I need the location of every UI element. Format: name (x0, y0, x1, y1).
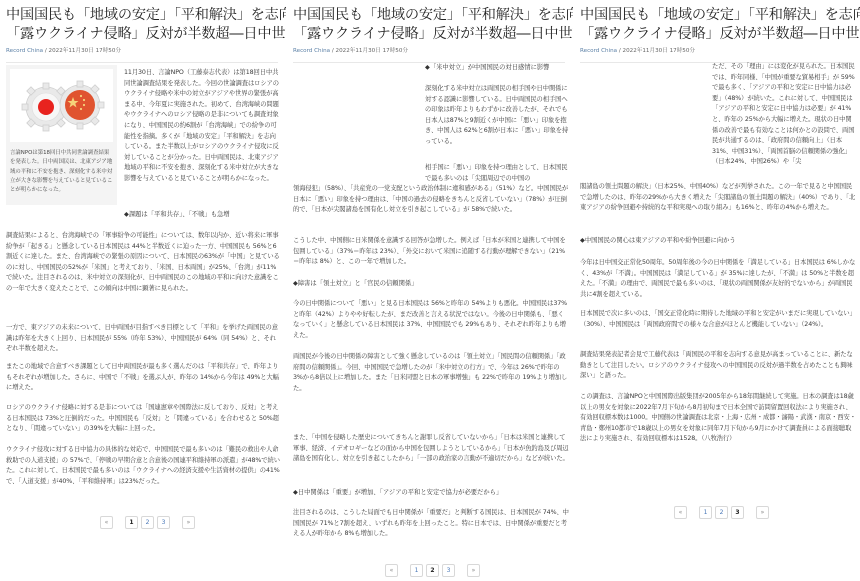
pagination-page-1[interactable]: 1 (699, 506, 712, 519)
body-paragraph: こうした中、中国側に日米関係を意識する回答が急増した。例えば「日本が米国と連携し… (293, 236, 569, 268)
body-paragraph: 調査結果発表記者会見で工藤代表は「両国民の平和を志向する意見が高まっていることに… (580, 350, 856, 382)
publish-date: / 2022年11月30日 17時50分 (43, 48, 121, 54)
article-figure: 言論NPOは第18回日中共同世論調査結果を発表した。日中両国民は、北東アジア地域… (6, 65, 117, 205)
pagination-page-3[interactable]: 3 (731, 506, 744, 519)
china-flag-icon (65, 90, 95, 120)
pagination-page-3[interactable]: 3 (157, 516, 170, 529)
body-paragraph: 相手国に「悪い」印象を持つ理由として、日本国民で最も多いのは「尖閣周辺での中国の (425, 163, 570, 184)
pagination-prev-button[interactable]: « (385, 564, 398, 577)
lead-paragraph: 11月30日、言論NPO（工藤泰志代表）は第18回日中共同世論調査結果を発表した… (124, 68, 281, 185)
article-title-line-2: 「露ウクライナ侵略」反対が半数超―日中世論調査 (580, 25, 854, 44)
section-heading: ◆課題は「平和共存」、「不戦」も急増 (124, 210, 281, 220)
publish-date: / 2022年11月30日 17時50分 (617, 48, 695, 54)
pagination-page-2[interactable]: 2 (141, 516, 154, 529)
pagination-prev-button[interactable]: « (674, 506, 687, 519)
body-paragraph: 深刻化する米中対立は両国民の相手国や日中関係に対する認識に影響している。日中両国… (425, 84, 570, 148)
section-heading: ◆日中関係は「重要」が増加、「アジアの平和と安定で協力が必要だから」 (293, 488, 569, 498)
article-meta: Record China / 2022年11月30日 17時50分 (580, 47, 854, 55)
source-link[interactable]: Record China (580, 48, 617, 54)
body-paragraph: 両国民が今後の日中関係の障害として強く懸念しているのは「領土対立」「国民間の信頼… (293, 352, 569, 394)
body-paragraph: また、「中国を侵略した歴史についてきちんと謝罪し反省していないから」「日本は米国… (293, 433, 569, 465)
pagination-next-button[interactable]: » (182, 516, 195, 529)
body-paragraph: またこの地域で合意すべき課題として日中両国民が最も多く選んだのは「平和共存」で、… (6, 362, 280, 394)
body-paragraph: ただ、その「理由」には変化が見られた。日本国民では、昨年同様、「中国が重要な貿易… (712, 62, 857, 168)
article-title-line-2: 「露ウクライナ侵略」反対が半数超―日中世論調査 (6, 25, 280, 44)
pagination-page-1[interactable]: 1 (410, 564, 423, 577)
body-paragraph: ロシアのウクライナ侵略に対する是非については「国連憲章や国際法に反しており、反対… (6, 403, 280, 435)
pagination-page-1[interactable]: 1 (125, 516, 138, 529)
body-paragraph: 領海侵犯」（58%）、「共産党の一党支配という政治体制に違和感がある」（51%）… (293, 184, 569, 216)
article-meta: Record China / 2022年11月30日 17時50分 (293, 47, 567, 55)
body-paragraph: 注目されるのは、こうした局面でも日中関係が「重要だ」と判断する国民は、日本国民が… (293, 508, 569, 540)
body-paragraph: 今年は日中国交正常化50周年。50周年後の今の日中関係を「満足している」日本国民… (580, 258, 856, 300)
body-paragraph: 今の日中関係について「悪い」と見る日本国民は 56%と昨年の 54%よりも悪化。… (293, 299, 569, 341)
publish-date: / 2022年11月30日 17時50分 (330, 48, 408, 54)
source-link[interactable]: Record China (6, 48, 43, 54)
title-divider (6, 62, 278, 63)
japan-flag-icon (38, 99, 54, 115)
section-heading: ◆「米中対立」が中国国民の対日感情に影響 (425, 63, 570, 73)
article-title-line-1: 中国国民も「地域の安定」「平和解決」を志向＝ (293, 6, 567, 25)
article-page-2: 中国国民も「地域の安定」「平和解決」を志向＝ 「露ウクライナ侵略」反対が半数超―… (287, 0, 573, 581)
body-paragraph: 一方で、東アジアの未来について、日中両国が目指すべき目標として「平和」を挙げた両… (6, 323, 280, 355)
pagination: « 1 2 3 » (100, 516, 195, 529)
pagination-page-3[interactable]: 3 (442, 564, 455, 577)
pagination-next-button[interactable]: » (467, 564, 480, 577)
pagination-page-2[interactable]: 2 (715, 506, 728, 519)
article-title-line-1: 中国国民も「地域の安定」「平和解決」を志向＝ (580, 6, 854, 25)
body-paragraph: この調査は、言論NPOと中国国際出版集団が2005年から18年間継続して実施。日… (580, 392, 856, 445)
article-title-line-1: 中国国民も「地域の安定」「平和解決」を志向＝ (6, 6, 280, 25)
pagination: « 1 2 3 » (385, 564, 480, 577)
body-paragraph: 調査結果によると、台湾海峡での「軍事紛争の可能性」については、数年以内か、近い将… (6, 231, 280, 295)
pagination-next-button[interactable]: » (756, 506, 769, 519)
article-meta: Record China / 2022年11月30日 17時50分 (6, 47, 280, 55)
article-title-line-2: 「露ウクライナ侵略」反対が半数超―日中世論調査 (293, 25, 567, 44)
pagination: « 1 2 3 » (674, 506, 769, 519)
body-paragraph: 日本国民で次に多いのは、「国交正常化時に期待した地域の平和と安定がいまだに実現し… (580, 309, 856, 330)
figure-caption: 言論NPOは第18回日中共同世論調査結果を発表した。日中両国民は、北東アジア地域… (10, 149, 114, 195)
japan-china-gears-image (10, 69, 113, 142)
pagination-prev-button[interactable]: « (100, 516, 113, 529)
section-heading: ◆障害は「領土対立」と「官民の信頼関係」 (293, 279, 569, 289)
article-page-1: 中国国民も「地域の安定」「平和解決」を志向＝ 「露ウクライナ侵略」反対が半数超―… (0, 0, 286, 581)
article-page-3: 中国国民も「地域の安定」「平和解決」を志向＝ 「露ウクライナ侵略」反対が半数超―… (574, 0, 860, 581)
pagination-page-2[interactable]: 2 (426, 564, 439, 577)
section-heading: ◆中国国民の関心は東アジアの平和や紛争回避に向かう (580, 236, 856, 246)
body-paragraph: 閣諸島の領土問題の解決」（日本25%、中国40%）などが列挙された。この一年で見… (580, 182, 856, 214)
source-link[interactable]: Record China (293, 48, 330, 54)
body-paragraph: ウクライナ侵攻に対する日中協力の具体的な対応で、中国国民で最も多いのは「難民の救… (6, 445, 280, 487)
